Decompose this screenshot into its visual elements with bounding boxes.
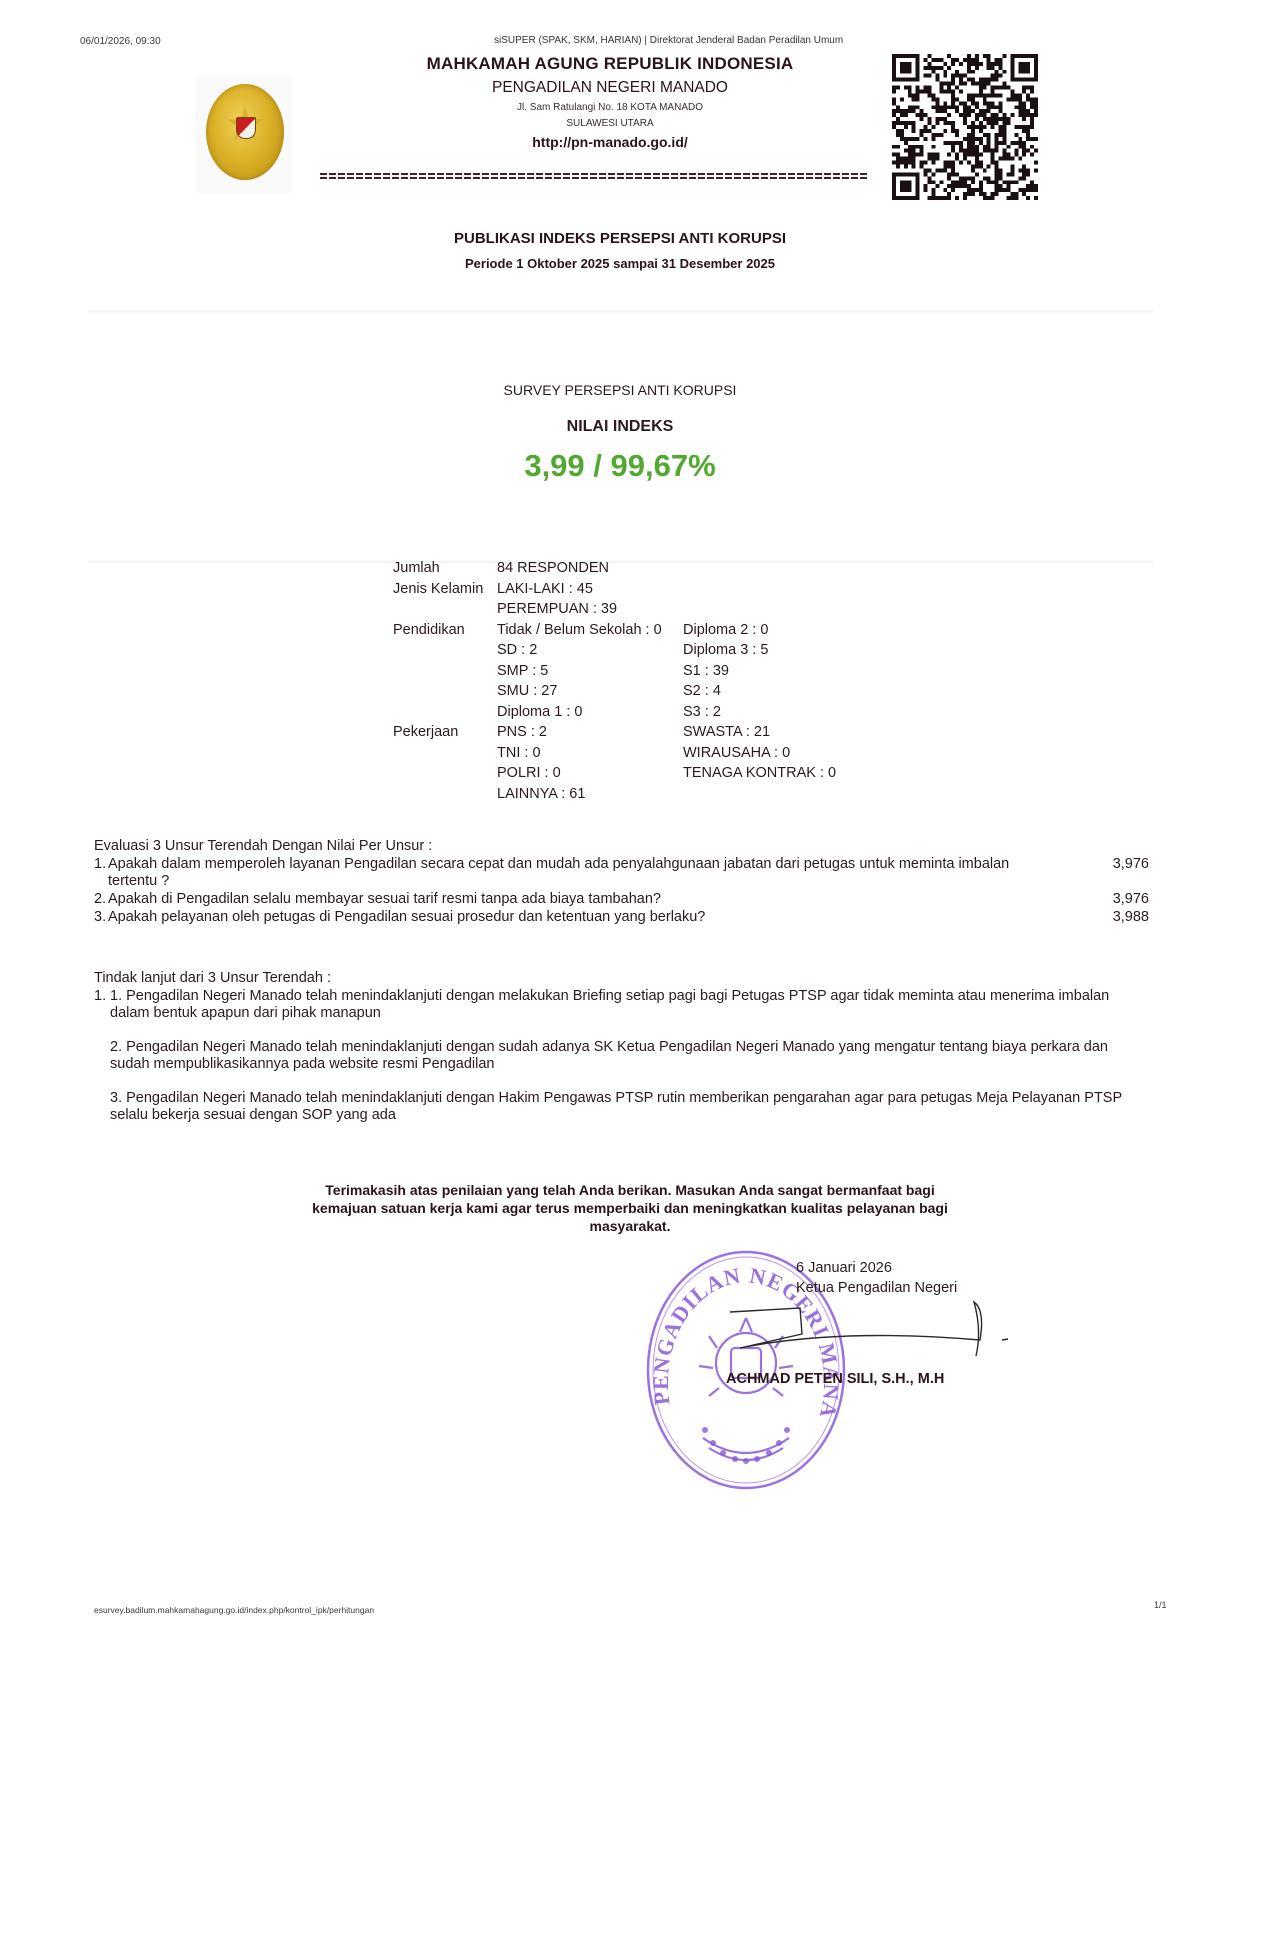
education-item: Diploma 2 : 0 <box>683 620 768 641</box>
item-question: Apakah pelayanan oleh petugas di Pengadi… <box>108 909 705 925</box>
closing-message: Terimakasih atas penilaian yang telah An… <box>310 1181 950 1235</box>
qr-code-icon <box>892 52 1038 202</box>
print-page-url: esurvey.badilum.mahkamahagung.go.id/inde… <box>94 1605 374 1615</box>
jumlah-value: 84 RESPONDEN <box>497 558 609 579</box>
print-page-number: 1/1 <box>1154 1600 1167 1610</box>
address-line-2: SULAWESI UTARA <box>300 118 920 129</box>
education-item: Diploma 1 : 0 <box>497 702 582 723</box>
education-item: SMP : 5 <box>497 661 548 682</box>
follow-up-item: 3. Pengadilan Negeri Manado telah menind… <box>94 1090 1154 1124</box>
handwritten-signature-icon <box>690 1300 1020 1370</box>
follow-up-item: 2. Pengadilan Negeri Manado telah menind… <box>94 1039 1154 1073</box>
index-value: 3,99 / 99,67% <box>300 448 940 484</box>
jumlah-label: Jumlah <box>393 558 440 579</box>
evaluation-section: Evaluasi 3 Unsur Terendah Dengan Nilai P… <box>94 838 1154 927</box>
item-question: Apakah di Pengadilan selalu membayar ses… <box>108 891 661 907</box>
evaluation-title: Evaluasi 3 Unsur Terendah Dengan Nilai P… <box>94 838 1154 855</box>
signature-date: 6 Januari 2026 <box>796 1260 892 1276</box>
education-item: SMU : 27 <box>497 681 557 702</box>
job-item: TENAGA KONTRAK : 0 <box>683 763 836 784</box>
gender-label: Jenis Kelamin <box>393 579 483 600</box>
follow-up-text: 3. Pengadilan Negeri Manado telah menind… <box>110 1090 1122 1123</box>
job-item: WIRAUSAHA : 0 <box>683 743 790 764</box>
education-item: Diploma 3 : 5 <box>683 640 768 661</box>
signatory-role: Ketua Pengadilan Negeri <box>796 1280 957 1296</box>
item-score: 3,976 <box>1113 856 1149 873</box>
gender-female: PEREMPUAN : 39 <box>497 599 617 620</box>
institution-name: MAHKAMAH AGUNG REPUBLIK INDONESIA <box>300 54 920 74</box>
item-score: 3,976 <box>1113 891 1149 908</box>
follow-up-text: 1. Pengadilan Negeri Manado telah menind… <box>110 988 1109 1021</box>
job-item: TNI : 0 <box>497 743 541 764</box>
follow-up-text: 2. Pengadilan Negeri Manado telah menind… <box>110 1039 1108 1072</box>
signatory-name: ACHMAD PETEN SILI, S.H., M.H <box>726 1371 944 1387</box>
follow-up-title: Tindak lanjut dari 3 Unsur Terendah : <box>94 970 1154 987</box>
address-line-1: Jl. Sam Ratulangi No. 18 KOTA MANADO <box>300 102 920 113</box>
survey-title: SURVEY PERSEPSI ANTI KORUPSI <box>300 382 940 398</box>
evaluation-item: 2. Apakah di Pengadilan selalu membayar … <box>94 891 1154 908</box>
letterhead-divider <box>320 172 868 181</box>
evaluation-item: 3. Apakah pelayanan oleh petugas di Peng… <box>94 909 1154 926</box>
section-divider <box>88 560 1153 563</box>
job-item: POLRI : 0 <box>497 763 561 784</box>
follow-up-section: Tindak lanjut dari 3 Unsur Terendah : 1.… <box>94 970 1154 1141</box>
job-item: LAINNYA : 61 <box>497 784 585 805</box>
follow-up-item: 1. 1. Pengadilan Negeri Manado telah men… <box>94 988 1154 1022</box>
education-item: S1 : 39 <box>683 661 729 682</box>
publication-period: Periode 1 Oktober 2025 sampai 31 Desembe… <box>300 256 940 271</box>
item-question: Apakah dalam memperoleh layanan Pengadil… <box>108 856 1009 889</box>
job-item: SWASTA : 21 <box>683 722 770 743</box>
print-datetime: 06/01/2026, 09:30 <box>80 36 161 47</box>
education-item: Tidak / Belum Sekolah : 0 <box>497 620 662 641</box>
evaluation-item: 1. Apakah dalam memperoleh layanan Penga… <box>94 856 1154 890</box>
item-number: 1. <box>94 988 106 1005</box>
item-score: 3,988 <box>1113 909 1149 926</box>
gender-male: LAKI-LAKI : 45 <box>497 579 593 600</box>
print-page-title: siSUPER (SPAK, SKM, HARIAN) | Direktorat… <box>494 35 843 46</box>
publication-title: PUBLIKASI INDEKS PERSEPSI ANTI KORUPSI <box>300 230 940 247</box>
item-number: 1. <box>94 856 106 873</box>
court-website-link[interactable]: http://pn-manado.go.id/ <box>300 134 920 150</box>
emblem-shield-icon <box>236 117 256 139</box>
education-item: S2 : 4 <box>683 681 721 702</box>
education-label: Pendidikan <box>393 620 465 641</box>
item-number: 2. <box>94 891 106 908</box>
job-item: PNS : 2 <box>497 722 547 743</box>
education-item: SD : 2 <box>497 640 537 661</box>
index-label: NILAI INDEKS <box>300 418 940 436</box>
item-number: 3. <box>94 909 106 926</box>
job-label: Pekerjaan <box>393 722 458 743</box>
section-divider <box>88 310 1153 313</box>
court-name: PENGADILAN NEGERI MANADO <box>300 79 920 97</box>
education-item: S3 : 2 <box>683 702 721 723</box>
